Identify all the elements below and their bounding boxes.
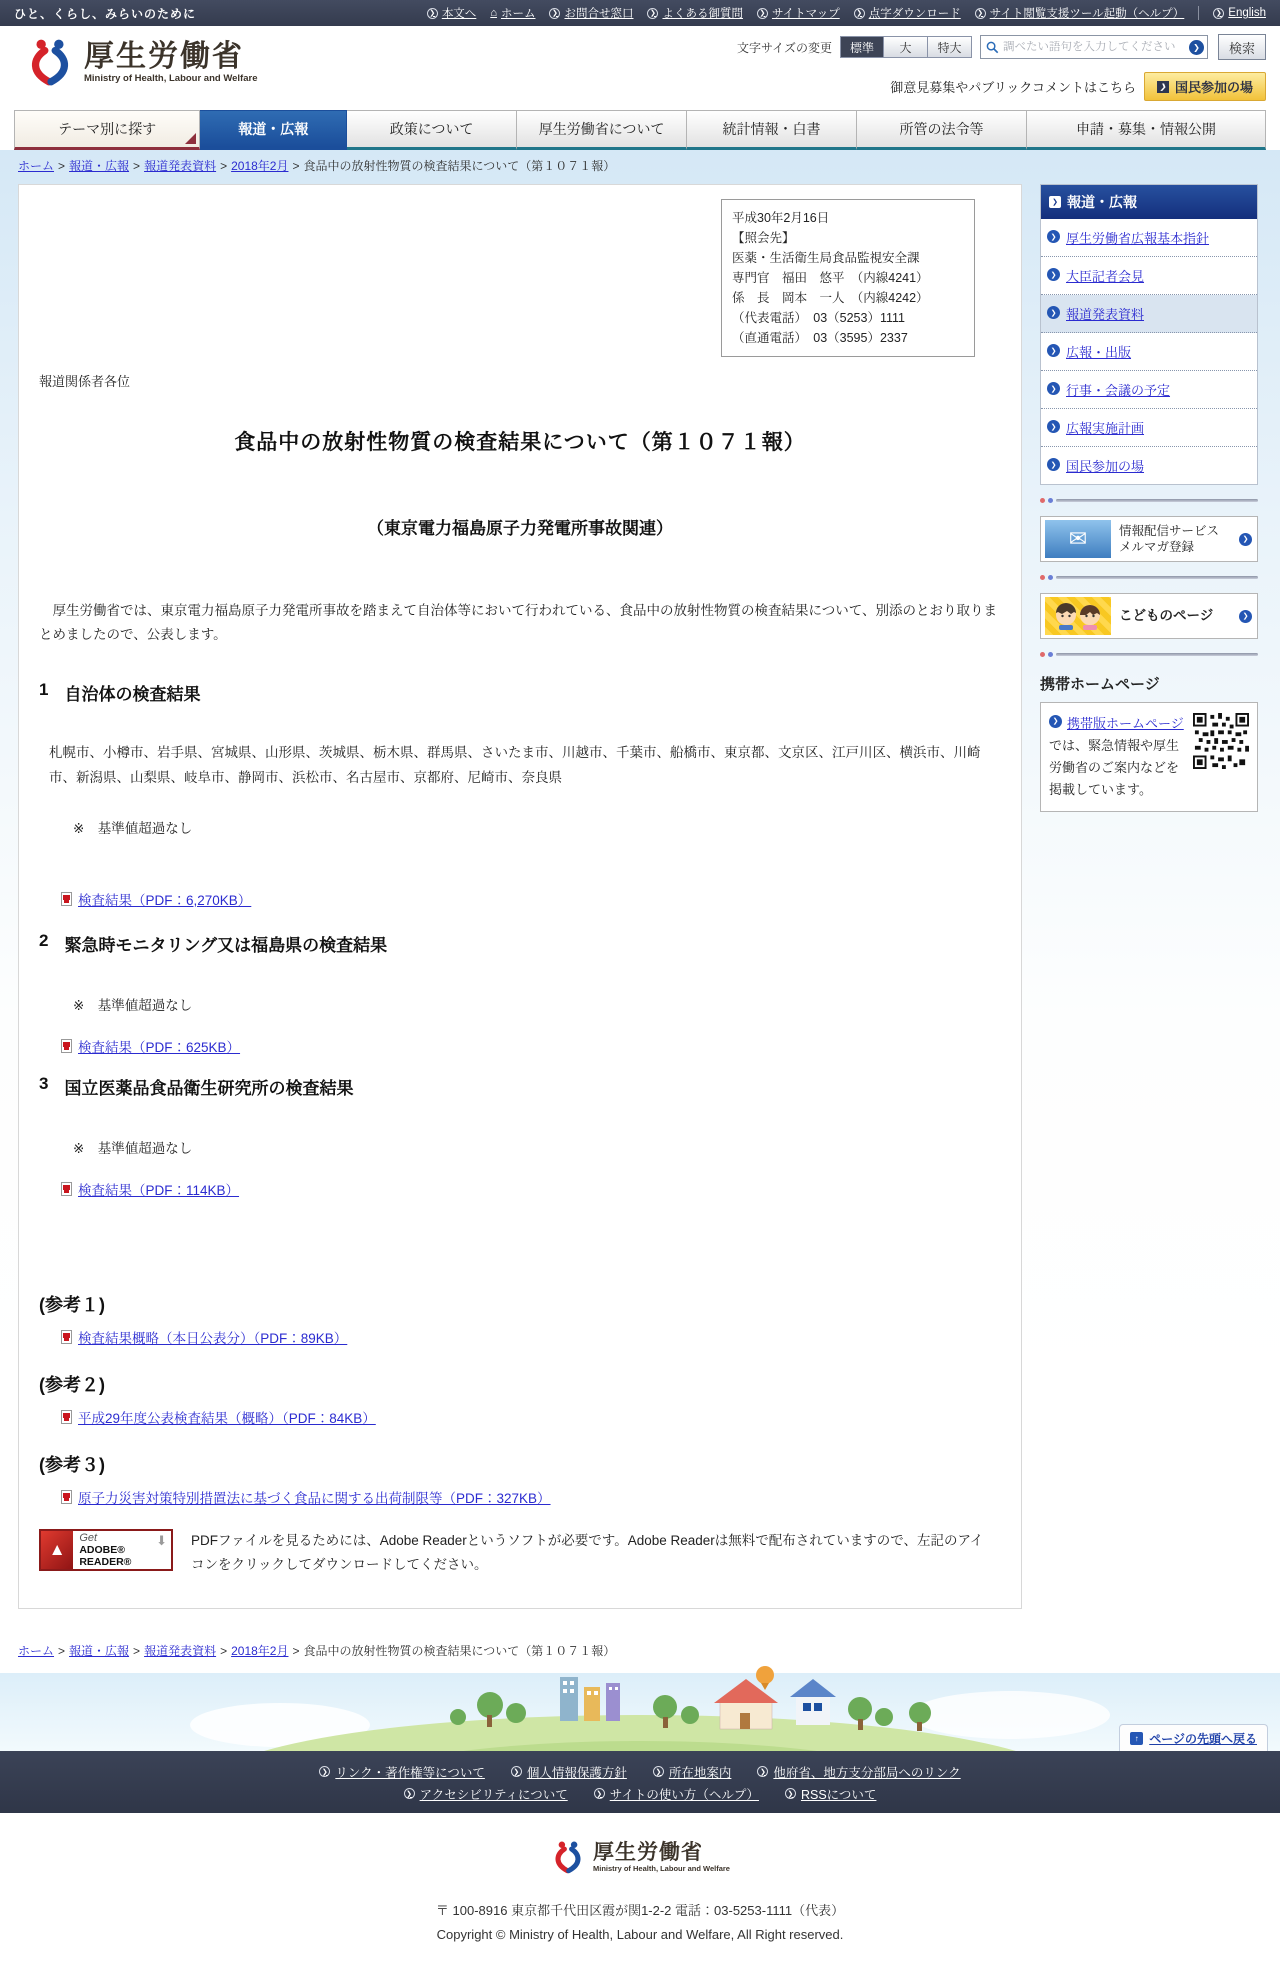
breadcrumb-press-pr[interactable]: 報道・広報 (69, 159, 129, 173)
arrow-icon: ❯ (1049, 196, 1061, 208)
circle-arrow-icon: ❯ (594, 1788, 605, 1799)
logo-title: 厚生労働省 (84, 40, 258, 73)
contact-box: 平成30年2月16日 【照会先】 医薬・生活衛生局食品監視安全課 専門官 福田 … (721, 199, 975, 357)
global-nav: テーマ別に探す 報道・広報 政策について 厚生労働省について 統計情報・白書 所… (0, 110, 1280, 150)
breadcrumb-bottom: ホーム報道・広報報道発表資料2018年2月食品中の放射性物質の検査結果について（… (0, 1635, 1280, 1665)
circle-arrow-icon: ❯ (1239, 533, 1252, 546)
reference-heading: (参考２) (39, 1371, 1001, 1397)
breadcrumb-home[interactable]: ホーム (18, 159, 54, 173)
link-english[interactable]: ❯English (1213, 7, 1266, 19)
home-icon: ⌂ (490, 7, 497, 19)
circle-arrow-icon: ❯ (1047, 268, 1060, 281)
circle-arrow-icon: ❯ (975, 8, 986, 19)
utility-bar: ひと、くらし、みらいのために ❯本文へ ⌂ホーム ❯お問合せ窓口 ❯よくある御質… (0, 0, 1280, 26)
section-heading: 3国立医薬品食品衛生研究所の検査結果 (39, 1074, 1001, 1099)
public-comment-text: 御意見募集やパブリックコメントはこちら (890, 77, 1136, 96)
header-right: 文字サイズの変更 標準 大 特大 ❯ 検索 御意見募集やパブリックコメントはこち… (737, 34, 1266, 101)
citizen-participation-button[interactable]: ❯ 国民参加の場 (1144, 72, 1266, 101)
main-content: 平成30年2月16日 【照会先】 医薬・生活衛生局食品監視安全課 専門官 福田 … (18, 184, 1022, 1609)
circle-arrow-icon: ❯ (647, 8, 658, 19)
footer-logo-title: 厚生労働省 (593, 1841, 730, 1864)
breadcrumb-home[interactable]: ホーム (18, 1644, 54, 1658)
adobe-pdf-icon: ▲ (41, 1531, 73, 1569)
reference-1: (参考１) 検査結果概略（本日公表分）（PDF：89KB） (39, 1291, 1001, 1347)
adobe-note-text: PDFファイルを見るためには、Adobe Readerというソフトが必要です。A… (191, 1529, 991, 1578)
section-emergency-monitoring: 2緊急時モニタリング又は福島県の検査結果 ※ 基準値超過なし 検査結果（PDF：… (39, 931, 1001, 1056)
pdf-icon (61, 892, 72, 906)
circle-arrow-icon: ❯ (404, 1788, 415, 1799)
pdf-link-h29-results[interactable]: 平成29年度公表検査結果（概略）（PDF：84KB） (78, 1407, 386, 1427)
pdf-link-row: 検査結果（PDF：6,270KB） (61, 889, 1001, 909)
sidebar-menu: ❯ 報道・広報 ❯厚生労働省広報基本指針 ❯大臣記者会見 ❯報道発表資料 ❯広報… (1040, 184, 1258, 485)
reference-2: (参考２) 平成29年度公表検査結果（概略）（PDF：84KB） (39, 1371, 1001, 1427)
tab-applications[interactable]: 申請・募集・情報公開 (1027, 110, 1266, 150)
mobile-homepage-text: では、緊急情報や厚生労働省のご案内などを掲載しています。 (1049, 738, 1179, 797)
mobile-homepage-link[interactable]: 携帯版ホームページ (1067, 713, 1184, 735)
pdf-link-shipment-restrictions[interactable]: 原子力災害対策特別措置法に基づく食品に関する出荷制限等（PDF：327KB） (78, 1487, 561, 1507)
mhlw-logo-mark (24, 36, 76, 88)
note-no-exceedance: ※ 基準値超過なし (73, 1137, 1001, 1157)
link-sitemap[interactable]: ❯サイトマップ (757, 5, 840, 21)
circle-arrow-icon: ❯ (757, 1766, 768, 1777)
section-heading: 2緊急時モニタリング又は福島県の検査結果 (39, 931, 1001, 956)
sidebar-item-press-releases[interactable]: ❯報道発表資料 (1041, 295, 1257, 333)
mhlw-logo-mark (550, 1839, 586, 1875)
pdf-icon (61, 1490, 72, 1504)
circle-arrow-icon: ❯ (511, 1766, 522, 1777)
footer-address: 〒 100-8916 東京都千代田区霞が関1-2-2 電話：03-5253-11… (0, 1900, 1280, 1919)
pdf-link-row: 検査結果（PDF：114KB） (61, 1179, 1001, 1199)
link-to-main-text[interactable]: ❯本文へ (427, 5, 477, 21)
circle-arrow-icon: ❯ (1239, 610, 1252, 623)
up-arrow-icon: ↑ (1130, 1732, 1143, 1745)
breadcrumb-press-pr[interactable]: 報道・広報 (69, 1644, 129, 1658)
mobile-homepage-heading: 携帯ホームページ (1040, 673, 1258, 694)
breadcrumb-press-releases[interactable]: 報道発表資料 (144, 159, 216, 173)
references: (参考１) 検査結果概略（本日公表分）（PDF：89KB） (参考２) 平成29… (39, 1291, 1001, 1507)
footer-copyright: Copyright © Ministry of Health, Labour a… (0, 1927, 1280, 1942)
tab-press-pr[interactable]: 報道・広報 (200, 110, 347, 150)
reference-heading: (参考３) (39, 1451, 1001, 1477)
footer-link-copyright[interactable]: ❯リンク・著作権等について (319, 1763, 485, 1781)
circle-arrow-icon: ❯ (319, 1766, 330, 1777)
tab-laws[interactable]: 所管の法令等 (857, 110, 1027, 150)
salutation: 報道関係者各位 (39, 371, 1001, 390)
site-tagline: ひと、くらし、みらいのために (14, 5, 196, 22)
pdf-link-row: 検査結果（PDF：625KB） (61, 1036, 1001, 1056)
footer-logo: 厚生労働省 Ministry of Health, Labour and Wel… (550, 1839, 730, 1875)
footer-link-site-help[interactable]: ❯サイトの使い方（ヘルプ） (594, 1785, 759, 1803)
tab-search-by-theme[interactable]: テーマ別に探す (14, 110, 200, 150)
breadcrumb-month[interactable]: 2018年2月 (231, 1644, 288, 1658)
pdf-link-row: 原子力災害対策特別措置法に基づく食品に関する出荷制限等（PDF：327KB） (61, 1487, 1001, 1507)
footer-link-location[interactable]: ❯所在地案内 (653, 1763, 732, 1781)
circle-arrow-icon: ❯ (1047, 344, 1060, 357)
tab-statistics[interactable]: 統計情報・白書 (687, 110, 857, 150)
kids-icon (1045, 597, 1111, 635)
circle-arrow-icon: ❯ (1047, 306, 1060, 319)
font-size-label: 文字サイズの変更 (737, 39, 832, 56)
pdf-link-inspection-results-1[interactable]: 検査結果（PDF：6,270KB） (78, 889, 261, 909)
section-nihs: 3国立医薬品食品衛生研究所の検査結果 ※ 基準値超過なし 検査結果（PDF：11… (39, 1074, 1001, 1199)
pdf-link-inspection-results-3[interactable]: 検査結果（PDF：114KB） (78, 1179, 249, 1199)
footer-link-accessibility[interactable]: ❯アクセシビリティについて (404, 1785, 568, 1803)
divider (1040, 498, 1258, 503)
circle-arrow-icon: ❯ (427, 8, 438, 19)
pdf-link-row: 平成29年度公表検査結果（概略）（PDF：84KB） (61, 1407, 1001, 1427)
circle-arrow-icon: ❯ (653, 1766, 664, 1777)
circle-arrow-icon: ❯ (757, 8, 768, 19)
pdf-icon (61, 1039, 72, 1053)
divider (1040, 575, 1258, 580)
circle-arrow-icon: ❯ (785, 1788, 796, 1799)
search-button[interactable]: 検索 (1218, 34, 1266, 60)
site-header: 厚生労働省 Ministry of Health, Labour and Wel… (0, 26, 1280, 110)
pdf-icon (61, 1330, 72, 1344)
pdf-link-inspection-results-2[interactable]: 検査結果（PDF：625KB） (78, 1036, 250, 1056)
sidebar-item-pr-plan[interactable]: ❯広報実施計画 (1041, 409, 1257, 447)
logo-subtitle: Ministry of Health, Labour and Welfare (84, 73, 258, 84)
search-input[interactable] (1003, 41, 1189, 53)
pdf-link-summary-today[interactable]: 検査結果概略（本日公表分）（PDF：89KB） (78, 1327, 357, 1347)
municipality-list: 札幌市、小樽市、岩手県、宮城県、山形県、茨城県、栃木県、群馬県、さいたま市、川越… (49, 741, 1001, 791)
breadcrumb-press-releases[interactable]: 報道発表資料 (144, 1644, 216, 1658)
sidebar-menu-header: ❯ 報道・広報 (1041, 185, 1257, 219)
link-contact[interactable]: ❯お問合せ窓口 (549, 5, 633, 21)
breadcrumb-current: 食品中の放射性物質の検査結果について（第１０７１報） (303, 1644, 615, 1658)
page-title: 食品中の放射性物質の検査結果について（第１０７１報） (39, 426, 1001, 456)
qr-code (1193, 713, 1249, 769)
pdf-link-row: 検査結果概略（本日公表分）（PDF：89KB） (61, 1327, 1001, 1347)
footer-link-privacy[interactable]: ❯個人情報保護方針 (511, 1763, 627, 1781)
divider (1198, 6, 1199, 20)
sidebar-item-participation[interactable]: ❯国民参加の場 (1041, 447, 1257, 484)
circle-arrow-icon: ❯ (1047, 230, 1060, 243)
town-illustration (160, 1665, 1120, 1751)
font-size-switcher: 標準 大 特大 (840, 36, 972, 58)
intro-paragraph: 厚生労働省では、東京電力福島原子力発電所事故を踏まえて自治体等において行われてい… (39, 599, 1001, 646)
pdf-icon (61, 1410, 72, 1424)
circle-arrow-icon: ❯ (549, 8, 560, 19)
search-box: ❯ (980, 35, 1208, 59)
sidebar-item-events[interactable]: ❯行事・会議の予定 (1041, 371, 1257, 409)
font-size-standard-button[interactable]: 標準 (840, 36, 884, 58)
circle-arrow-icon: ❯ (1047, 420, 1060, 433)
pdf-icon (61, 1182, 72, 1196)
note-no-exceedance: ※ 基準値超過なし (73, 994, 1001, 1014)
logo-text: 厚生労働省 Ministry of Health, Labour and Wel… (84, 40, 258, 84)
search-icon (986, 41, 999, 54)
link-home[interactable]: ⌂ホーム (490, 5, 535, 21)
tab-policies[interactable]: 政策について (347, 110, 517, 150)
breadcrumb: ホーム報道・広報報道発表資料2018年2月食品中の放射性物質の検査結果について（… (0, 150, 1280, 180)
adobe-reader-info: ▲ Get ADOBE® READER® ⬇ PDFファイルを見るためには、Ad… (39, 1529, 1001, 1578)
footer-link-bar: ❯リンク・著作権等について ❯個人情報保護方針 ❯所在地案内 ❯他府省、地方支分… (0, 1751, 1280, 1813)
footer-link-rss[interactable]: ❯RSSについて (785, 1785, 876, 1803)
site-footer: 厚生労働省 Ministry of Health, Labour and Wel… (0, 1817, 1280, 1972)
utility-nav: ❯本文へ ⌂ホーム ❯お問合せ窓口 ❯よくある御質問 ❯サイトマップ ❯点字ダウ… (427, 5, 1266, 21)
link-accessibility-tool[interactable]: ❯サイト閲覧支援ツール起動（ヘルプ） (975, 5, 1185, 21)
link-braille-download[interactable]: ❯点字ダウンロード (854, 5, 961, 21)
footer-illustration: ↑ ページの先頭へ戻る (0, 1673, 1280, 1751)
search-go-icon[interactable]: ❯ (1189, 40, 1204, 55)
square-arrow-icon: ❯ (1157, 81, 1169, 93)
sidebar-item-pr-policy[interactable]: ❯厚生労働省広報基本指針 (1041, 219, 1257, 257)
sidebar: ❯ 報道・広報 ❯厚生労働省広報基本指針 ❯大臣記者会見 ❯報道発表資料 ❯広報… (1040, 184, 1258, 812)
circle-arrow-icon: ❯ (1047, 382, 1060, 395)
font-size-large-button[interactable]: 大 (884, 36, 928, 58)
mailmag-banner[interactable]: ✉ 情報配信サービス メルマガ登録 ❯ (1040, 516, 1258, 562)
section-local-governments: 1自治体の検査結果 札幌市、小樽市、岩手県、宮城県、山形県、茨城県、栃木県、群馬… (39, 680, 1001, 909)
sidebar-item-minister-press[interactable]: ❯大臣記者会見 (1041, 257, 1257, 295)
note-no-exceedance: ※ 基準値超過なし (73, 817, 1001, 837)
download-arrow-icon: ⬇ (156, 1533, 167, 1549)
font-size-xlarge-button[interactable]: 特大 (928, 36, 972, 58)
breadcrumb-current: 食品中の放射性物質の検査結果について（第１０７１報） (303, 159, 615, 173)
circle-arrow-icon: ❯ (1213, 8, 1224, 19)
kids-page-banner[interactable]: こどものページ ❯ (1040, 593, 1258, 639)
page-subtitle: （東京電力福島原子力発電所事故関連） (39, 514, 1001, 539)
page-top-button[interactable]: ↑ ページの先頭へ戻る (1119, 1724, 1268, 1751)
circle-arrow-icon: ❯ (1049, 715, 1062, 728)
tab-about-mhlw[interactable]: 厚生労働省について (517, 110, 687, 150)
circle-arrow-icon: ❯ (1047, 458, 1060, 471)
circle-arrow-icon: ❯ (854, 8, 865, 19)
mobile-homepage-box: ❯携帯版ホームページ では、緊急情報や厚生労働省のご案内などを掲載しています。 (1040, 702, 1258, 812)
reference-heading: (参考１) (39, 1291, 1001, 1317)
adobe-reader-badge[interactable]: ▲ Get ADOBE® READER® ⬇ (39, 1529, 173, 1571)
footer-logo-subtitle: Ministry of Health, Labour and Welfare (593, 1864, 730, 1873)
link-faq[interactable]: ❯よくある御質問 (647, 5, 743, 21)
release-date: 平成30年2月16日 (732, 208, 964, 228)
reference-3: (参考３) 原子力災害対策特別措置法に基づく食品に関する出荷制限等（PDF：32… (39, 1451, 1001, 1507)
breadcrumb-month[interactable]: 2018年2月 (231, 159, 288, 173)
divider (1040, 652, 1258, 657)
envelope-icon: ✉ (1045, 520, 1111, 558)
section-heading: 1自治体の検査結果 (39, 680, 1001, 705)
footer-link-other-ministries[interactable]: ❯他府省、地方支分部局へのリンク (757, 1763, 960, 1781)
sidebar-item-publications[interactable]: ❯広報・出版 (1041, 333, 1257, 371)
